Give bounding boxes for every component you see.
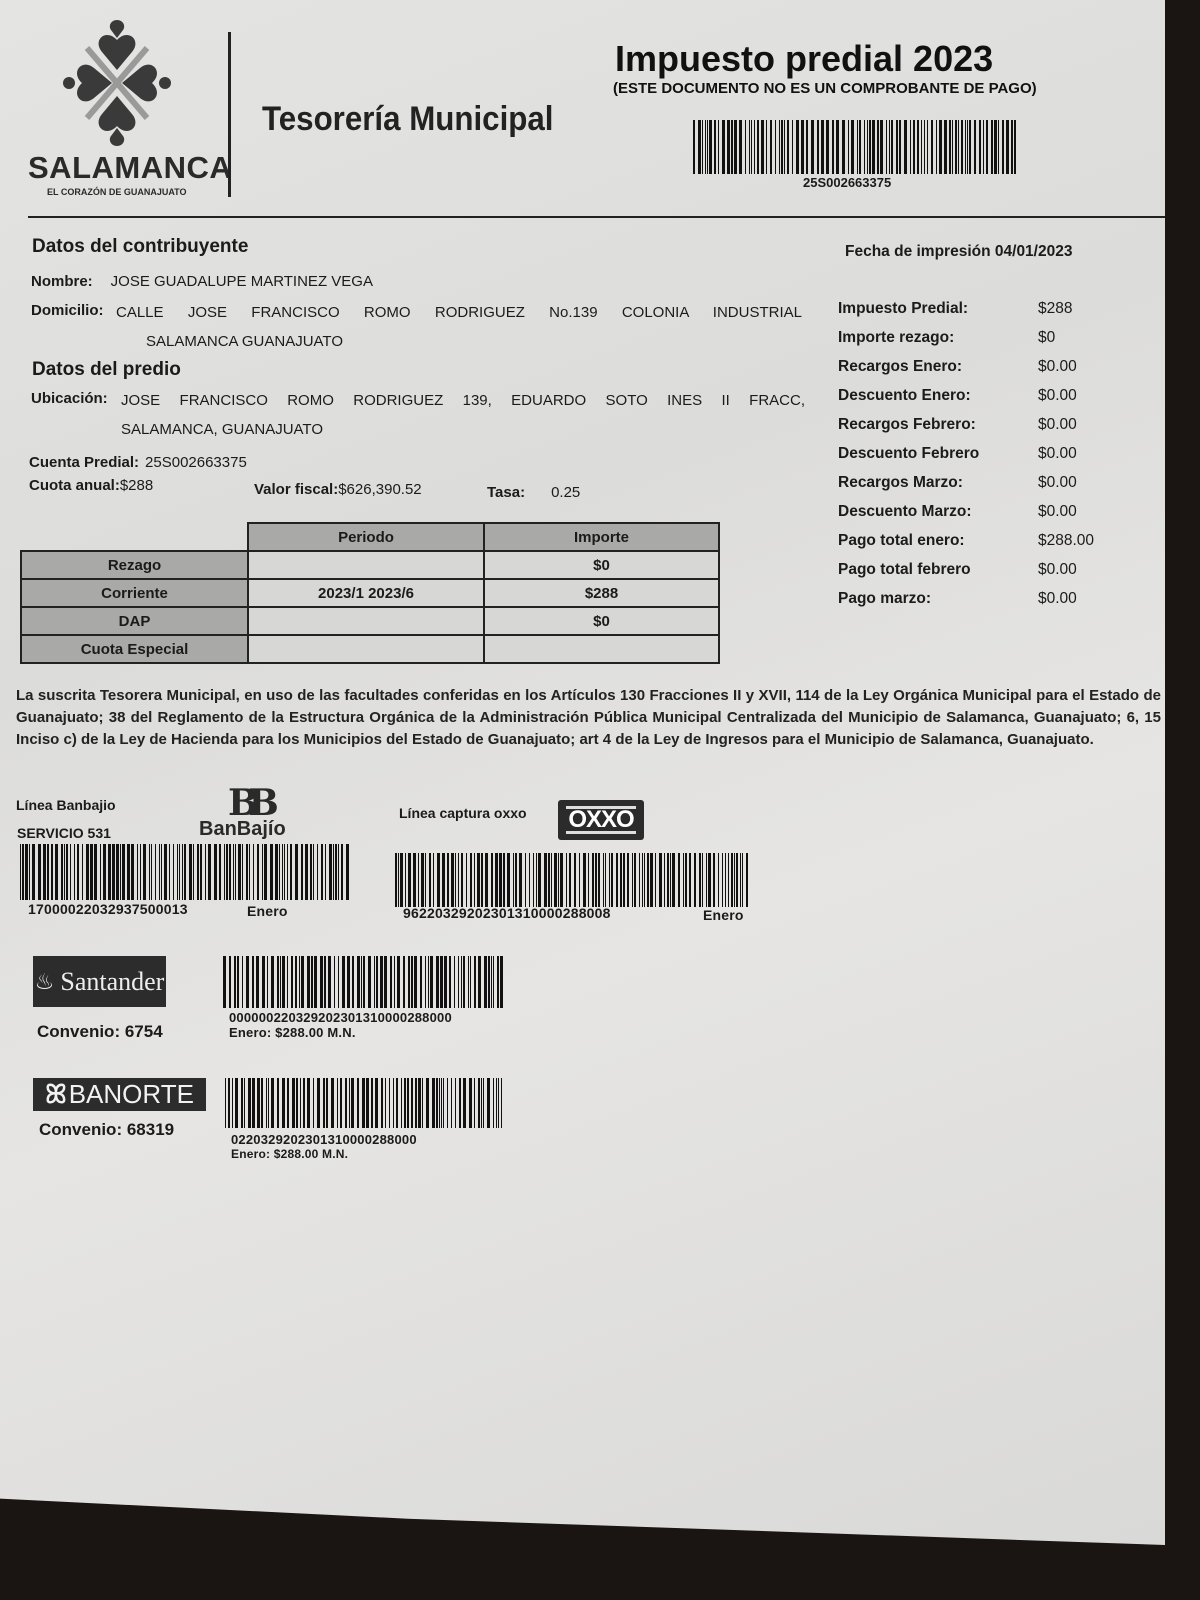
cuenta-label: Cuenta Predial: (29, 454, 139, 471)
logo-name: SALAMANCA (28, 150, 232, 186)
account-barcode-number: 25S002663375 (803, 175, 891, 190)
print-date-label: Fecha de impresión (845, 243, 991, 260)
banorte-logo-text: BANORTE (69, 1079, 194, 1110)
cuenta-value: 25S002663375 (145, 454, 247, 471)
header-importe: Importe (484, 523, 719, 551)
oxxo-code: 96220329202301310000288008 (403, 905, 611, 921)
table-row: Cuota Especial (21, 635, 719, 663)
summary-label: Recargos Marzo: (838, 474, 1038, 503)
summary-value: $288.00 (1038, 532, 1094, 561)
oxxo-logo-icon: OXXO (558, 800, 644, 840)
row-periodo (248, 635, 484, 663)
document-title: Impuesto predial 2023 (615, 38, 993, 80)
table-row: Rezago$0 (21, 551, 719, 579)
banbajio-month: Enero (247, 903, 288, 919)
santander-logo-text: Santander (60, 967, 164, 997)
summary-value: $0.00 (1038, 561, 1077, 590)
disclaimer: (ESTE DOCUMENTO NO ES UN COMPROBANTE DE … (613, 80, 1037, 97)
banbajio-logo-text: BanBajío (199, 818, 286, 841)
oxxo-label: Línea captura oxxo (399, 805, 527, 821)
account-barcode (693, 120, 1018, 174)
domicilio-line1: CALLE JOSE FRANCISCO ROMO RODRIGUEZ No.1… (116, 304, 802, 321)
summary-label: Importe rezago: (838, 329, 1038, 358)
summary-label: Recargos Enero: (838, 358, 1038, 387)
tax-document-page: SALAMANCA EL CORAZÓN DE GUANAJUATO Tesor… (0, 0, 1165, 1545)
summary-row: Recargos Enero:$0.00 (838, 358, 1098, 387)
legal-text: La suscrita Tesorera Municipal, en uso d… (16, 685, 1161, 751)
santander-convenio: Convenio: 6754 (37, 1022, 163, 1042)
header-rule (28, 216, 1170, 218)
summary-row: Descuento Febrero$0.00 (838, 445, 1098, 474)
row-importe (484, 635, 719, 663)
banorte-convenio: Convenio: 68319 (39, 1120, 174, 1140)
banorte-barcode (225, 1078, 505, 1128)
summary-row: Descuento Enero:$0.00 (838, 387, 1098, 416)
ubicacion-line1: JOSE FRANCISCO ROMO RODRIGUEZ 139, EDUAR… (121, 392, 805, 409)
cuota-row: Cuota anual: $288 (29, 477, 153, 494)
print-date-value: 04/01/2023 (995, 243, 1073, 260)
table-row: Corriente2023/1 2023/6$288 (21, 579, 719, 607)
summary-row: Recargos Marzo:$0.00 (838, 474, 1098, 503)
summary-value: $0.00 (1038, 474, 1077, 503)
table-header-row: Periodo Importe (21, 523, 719, 551)
domicilio-label: Domicilio: (31, 302, 104, 319)
office-name: Tesorería Municipal (262, 100, 553, 139)
summary-label: Pago total enero: (838, 532, 1038, 561)
nombre-row: Nombre: JOSE GUADALUPE MARTINEZ VEGA (31, 273, 373, 290)
summary-value: $288 (1038, 300, 1072, 329)
summary-label: Pago total febrero (838, 561, 1038, 590)
predio-heading: Datos del predio (32, 359, 181, 381)
cuenta-row: Cuenta Predial: 25S002663375 (29, 454, 247, 471)
summary-label: Descuento Enero: (838, 387, 1038, 416)
valor-row: Valor fiscal: $626,390.52 (254, 481, 422, 498)
summary-row: Pago marzo:$0.00 (838, 590, 1098, 619)
table-row: DAP$0 (21, 607, 719, 635)
summary-label: Impuesto Predial: (838, 300, 1038, 329)
banbajio-code: 17000022032937500013 (28, 901, 188, 917)
nombre-label: Nombre: (31, 273, 93, 290)
tasa-row: Tasa: 0.25 (487, 484, 580, 501)
oxxo-month: Enero (703, 907, 744, 923)
contribuyente-heading: Datos del contribuyente (32, 236, 248, 258)
tasa-value: 0.25 (551, 484, 580, 501)
banbajio-servicio: SERVICIO 531 (17, 825, 111, 841)
banbajio-barcode (20, 844, 353, 900)
row-concept: Corriente (21, 579, 248, 607)
print-date: Fecha de impresión 04/01/2023 (845, 243, 1072, 261)
summary-row: Descuento Marzo:$0.00 (838, 503, 1098, 532)
banorte-amount: Enero: $288.00 M.N. (231, 1147, 348, 1161)
santander-flame-icon: ♨ (35, 969, 55, 995)
row-concept: Rezago (21, 551, 248, 579)
header-divider (228, 32, 231, 197)
banorte-code: 0220329202301310000288000 (231, 1132, 417, 1147)
row-concept: DAP (21, 607, 248, 635)
banorte-logo: ꕤ BANORTE (33, 1078, 206, 1111)
banorte-mark-icon: ꕤ (45, 1079, 67, 1111)
summary-label: Pago marzo: (838, 590, 1038, 619)
valor-label: Valor fiscal: (254, 481, 338, 498)
summary-value: $0 (1038, 329, 1055, 358)
cuota-value: $288 (120, 477, 153, 494)
summary-row: Recargos Febrero:$0.00 (838, 416, 1098, 445)
summary-row: Pago total febrero$0.00 (838, 561, 1098, 590)
oxxo-logo-text: OXXO (566, 806, 635, 834)
periods-table: Periodo Importe Rezago$0Corriente2023/1 … (20, 522, 720, 664)
ubicacion-line2: SALAMANCA, GUANAJUATO (121, 421, 323, 438)
row-importe: $0 (484, 607, 719, 635)
header-periodo: Periodo (248, 523, 484, 551)
row-periodo: 2023/1 2023/6 (248, 579, 484, 607)
santander-logo: ♨ Santander (33, 956, 166, 1007)
row-importe: $0 (484, 551, 719, 579)
valor-value: $626,390.52 (338, 481, 421, 498)
cuota-label: Cuota anual: (29, 477, 120, 494)
summary-value: $0.00 (1038, 416, 1077, 445)
summary-label: Descuento Febrero (838, 445, 1038, 474)
santander-amount: Enero: $288.00 M.N. (229, 1025, 356, 1040)
banbajio-label: Línea Banbajio (16, 797, 116, 813)
domicilio-line2: SALAMANCA GUANAJUATO (146, 333, 343, 350)
summary-label: Descuento Marzo: (838, 503, 1038, 532)
summary-value: $0.00 (1038, 503, 1077, 532)
nombre-value: JOSE GUADALUPE MARTINEZ VEGA (111, 273, 373, 290)
tasa-label: Tasa: (487, 484, 525, 501)
payment-summary: Impuesto Predial:$288Importe rezago:$0Re… (838, 300, 1098, 619)
summary-value: $0.00 (1038, 387, 1077, 416)
summary-value: $0.00 (1038, 590, 1077, 619)
santander-barcode (223, 956, 507, 1008)
summary-value: $0.00 (1038, 445, 1077, 474)
summary-value: $0.00 (1038, 358, 1077, 387)
row-importe: $288 (484, 579, 719, 607)
santander-code: 000000220329202301310000288000 (229, 1010, 452, 1025)
summary-row: Pago total enero:$288.00 (838, 532, 1098, 561)
oxxo-barcode (395, 853, 751, 907)
summary-row: Impuesto Predial:$288 (838, 300, 1098, 329)
summary-row: Importe rezago:$0 (838, 329, 1098, 358)
row-periodo (248, 607, 484, 635)
row-concept: Cuota Especial (21, 635, 248, 663)
salamanca-logo-icon (62, 18, 172, 148)
logo-tagline: EL CORAZÓN DE GUANAJUATO (47, 187, 187, 197)
summary-label: Recargos Febrero: (838, 416, 1038, 445)
ubicacion-label: Ubicación: (31, 390, 108, 407)
row-periodo (248, 551, 484, 579)
